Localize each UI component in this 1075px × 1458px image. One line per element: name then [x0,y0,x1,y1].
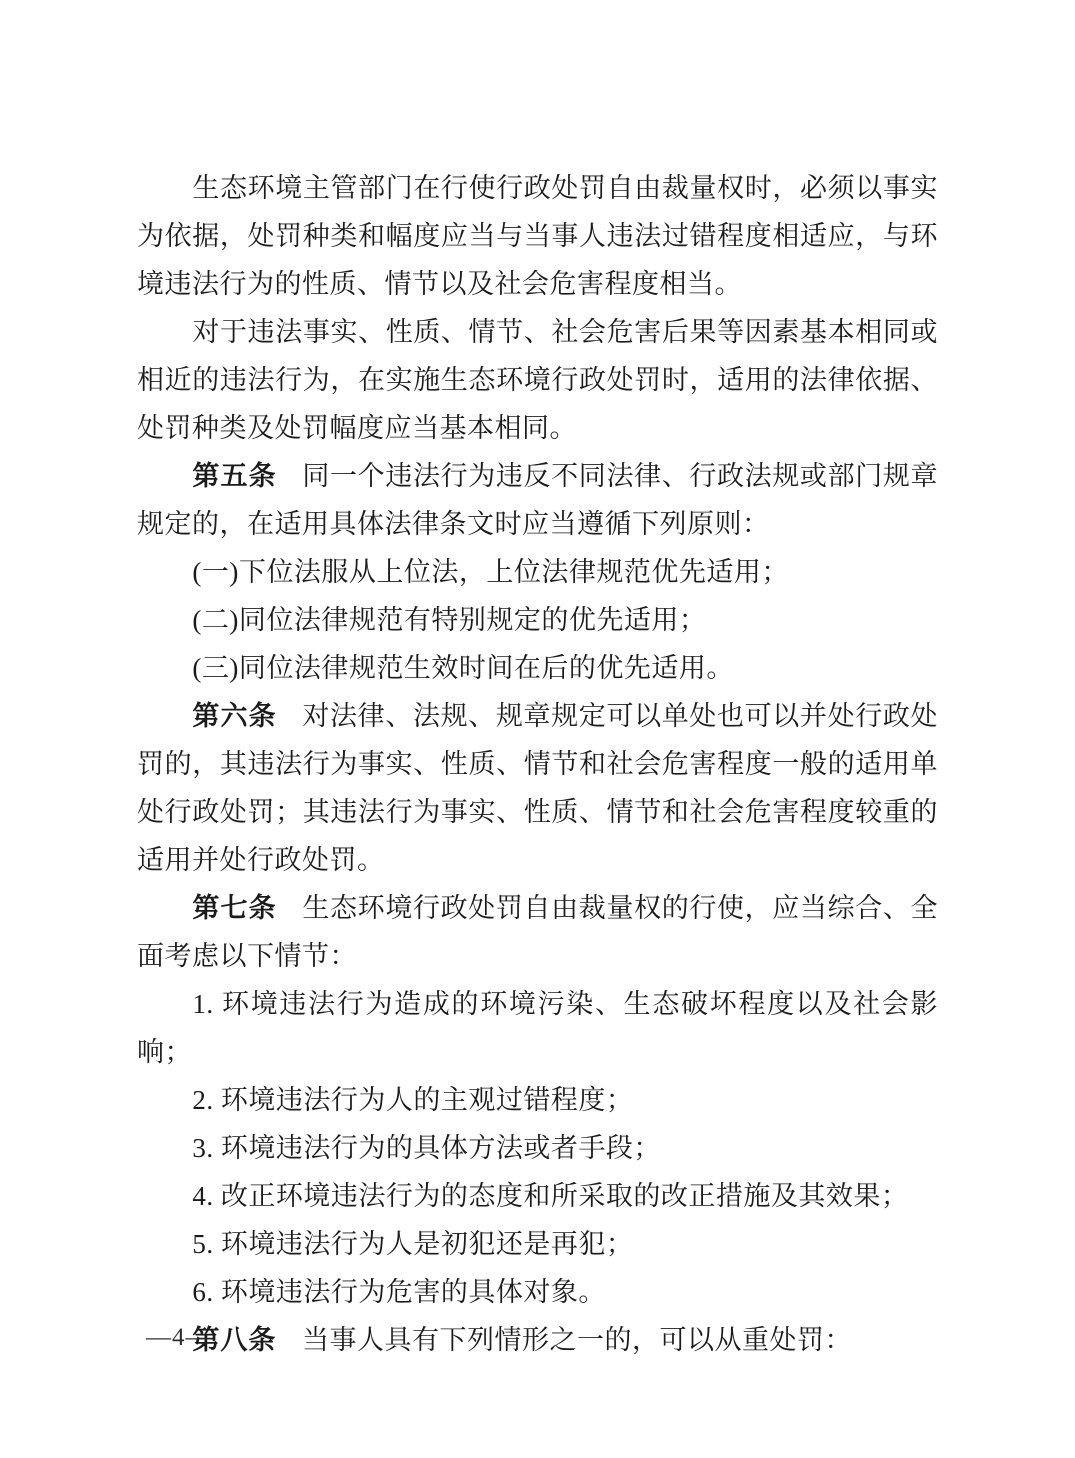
article-paragraph: 第七条生态环境行政处罚自由裁量权的行使，应当综合、全面考虑以下情节： [137,884,938,980]
body-paragraph: (一)下位法服从上位法，上位法律规范优先适用； [137,548,938,596]
paragraph-text: 当事人具有下列情形之一的，可以从重处罚： [302,1325,852,1355]
paragraph-text: 6. 环境违法行为危害的具体对象。 [192,1277,606,1307]
paragraph-text: 对于违法事实、性质、情节、社会危害后果等因素基本相同或相近的违法行为，在实施生态… [137,317,938,443]
body-paragraph: 5. 环境违法行为人是初犯还是再犯； [137,1220,938,1268]
body-paragraph: (三)同位法律规范生效时间在后的优先适用。 [137,644,938,692]
paragraph-text: 3. 环境违法行为的具体方法或者手段； [192,1133,661,1163]
body-paragraph: 4. 改正环境违法行为的态度和所采取的改正措施及其效果； [137,1172,938,1220]
article-number: 第六条 [192,701,276,731]
paragraph-text: 5. 环境违法行为人是初犯还是再犯； [192,1229,633,1259]
article-paragraph: 第五条同一个违法行为违反不同法律、行政法规或部门规章规定的，在适用具体法律条文时… [137,452,938,548]
body-paragraph: 生态环境主管部门在行使行政处罚自由裁量权时，必须以事实为依据，处罚种类和幅度应当… [137,164,938,308]
article-paragraph: 第八条当事人具有下列情形之一的，可以从重处罚： [137,1316,938,1364]
paragraph-text: (三)同位法律规范生效时间在后的优先适用。 [192,653,733,683]
document-page: 生态环境主管部门在行使行政处罚自由裁量权时，必须以事实为依据，处罚种类和幅度应当… [0,0,1075,1458]
body-paragraph: 1. 环境违法行为造成的环境污染、生态破坏程度以及社会影响； [137,980,938,1076]
article-number: 第五条 [192,461,276,491]
paragraph-text: 2. 环境违法行为人的主观过错程度； [192,1085,633,1115]
paragraph-text: (二)同位法律规范有特别规定的优先适用； [192,605,706,635]
article-number: 第七条 [192,893,276,923]
body-paragraph: 对于违法事实、性质、情节、社会危害后果等因素基本相同或相近的违法行为，在实施生态… [137,308,938,452]
page-number: —4— [146,1322,212,1354]
paragraph-text: 生态环境主管部门在行使行政处罚自由裁量权时，必须以事实为依据，处罚种类和幅度应当… [137,173,938,299]
paragraph-text: (一)下位法服从上位法，上位法律规范优先适用； [192,557,788,587]
body-paragraph: 3. 环境违法行为的具体方法或者手段； [137,1124,938,1172]
document-body: 生态环境主管部门在行使行政处罚自由裁量权时，必须以事实为依据，处罚种类和幅度应当… [137,164,938,1364]
article-paragraph: 第六条对法律、法规、规章规定可以单处也可以并处行政处罚的，其违法行为事实、性质、… [137,692,938,884]
paragraph-text: 4. 改正环境违法行为的态度和所采取的改正措施及其效果； [192,1181,908,1211]
paragraph-text: 1. 环境违法行为造成的环境污染、生态破坏程度以及社会影响； [137,989,938,1067]
body-paragraph: (二)同位法律规范有特别规定的优先适用； [137,596,938,644]
body-paragraph: 2. 环境违法行为人的主观过错程度； [137,1076,938,1124]
body-paragraph: 6. 环境违法行为危害的具体对象。 [137,1268,938,1316]
